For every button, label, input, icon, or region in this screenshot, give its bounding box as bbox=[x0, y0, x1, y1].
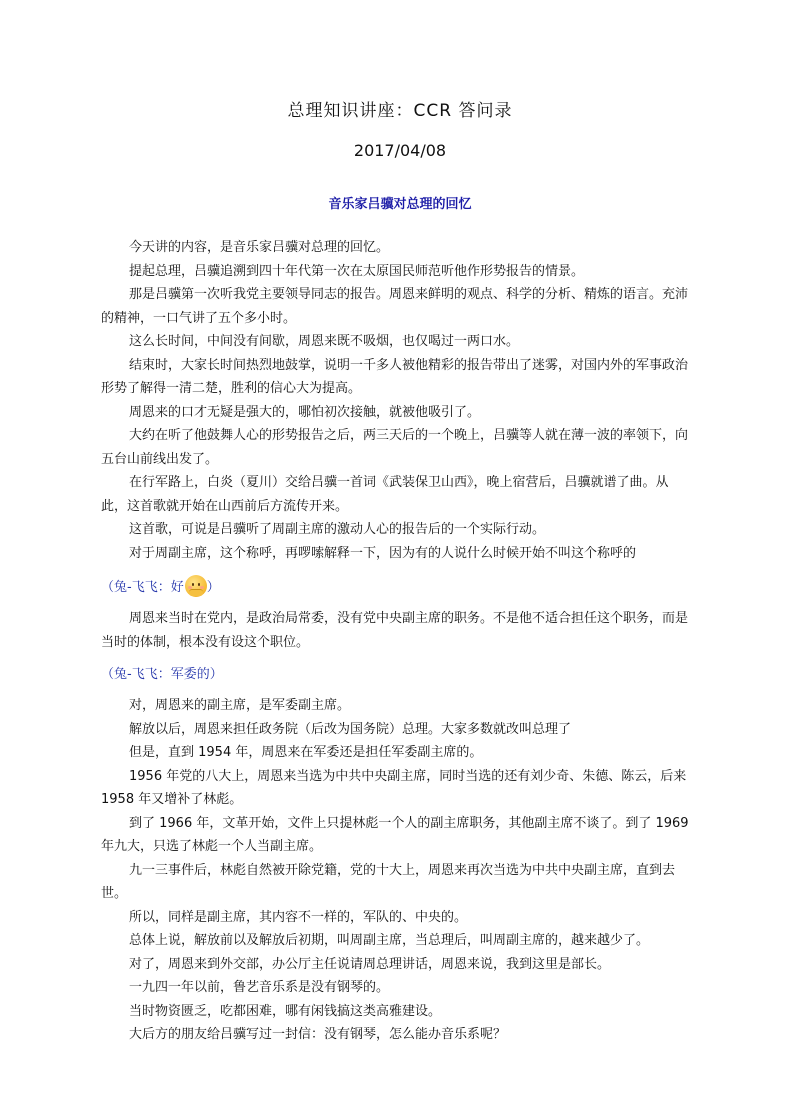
paragraph: 结束时，大家长时间热烈地鼓掌，说明一千多人被他精彩的报告带出了迷雾，对国内外的军… bbox=[101, 354, 691, 401]
chat-note-text: （兔-飞飞：好 bbox=[101, 580, 184, 595]
paragraph: 所以，同样是副主席，其内容不一样的，军队的、中央的。 bbox=[101, 906, 691, 930]
chat-note-suffix: ） bbox=[207, 580, 220, 595]
paragraph: 周恩来当时在党内，是政治局常委，没有党中央副主席的职务。不是他不适合担任这个职务… bbox=[101, 607, 691, 654]
document-page: 总理知识讲座：CCR 答问录 2017/04/08 音乐家吕骥对总理的回忆 今天… bbox=[0, 0, 800, 1100]
paragraph: 对于周副主席，这个称呼，再啰嗦解释一下，因为有的人说什么时候开始不叫这个称呼的 bbox=[101, 542, 691, 566]
paragraph: 到了 1966 年，文革开始，文件上只提林彪一个人的副主席职务，其他副主席不谈了… bbox=[101, 812, 691, 859]
paragraph: 那是吕骥第一次听我党主要领导同志的报告。周恩来鲜明的观点、科学的分析、精炼的语言… bbox=[101, 283, 691, 330]
paragraph: 大约在听了他鼓舞人心的形势报告之后，两三天后的一个晚上，吕骥等人就在薄一波的率领… bbox=[101, 424, 691, 471]
paragraph: 大后方的朋友给吕骥写过一封信：没有钢琴，怎么能办音乐系呢？ bbox=[101, 1023, 691, 1047]
document-body: 今天讲的内容，是音乐家吕骥对总理的回忆。 提起总理，吕骥追溯到四十年代第一次在太… bbox=[101, 236, 691, 1047]
paragraph: 九一三事件后，林彪自然被开除党籍，党的十大上，周恩来再次当选为中共中央副主席，直… bbox=[101, 859, 691, 906]
paragraph: 对，周恩来的副主席，是军委副主席。 bbox=[101, 694, 691, 718]
chat-note: （兔-飞飞：军委的） bbox=[101, 664, 691, 686]
paragraph: 周恩来的口才无疑是强大的，哪怕初次接触，就被他吸引了。 bbox=[101, 401, 691, 425]
chat-note: （兔-飞飞：好） bbox=[101, 575, 691, 599]
sad-face-emoji-icon bbox=[185, 575, 207, 597]
paragraph: 1956 年党的八大上，周恩来当选为中共中央副主席，同时当选的还有刘少奇、朱德、… bbox=[101, 765, 691, 812]
page-date: 2017/04/08 bbox=[0, 141, 800, 160]
page-title: 总理知识讲座：CCR 答问录 bbox=[0, 96, 800, 121]
paragraph: 对了，周恩来到外交部，办公厅主任说请周总理讲话，周恩来说，我到这里是部长。 bbox=[101, 953, 691, 977]
paragraph: 这首歌，可说是吕骥听了周副主席的激动人心的报告后的一个实际行动。 bbox=[101, 518, 691, 542]
paragraph: 解放以后，周恩来担任政务院（后改为国务院）总理。大家多数就改叫总理了 bbox=[101, 718, 691, 742]
paragraph: 在行军路上，白炎（夏川）交给吕骥一首词《武装保卫山西》，晚上宿营后，吕骥就谱了曲… bbox=[101, 471, 691, 518]
paragraph: 总体上说，解放前以及解放后初期，叫周副主席，当总理后，叫周副主席的，越来越少了。 bbox=[101, 929, 691, 953]
paragraph: 这么长时间，中间没有间歇，周恩来既不吸烟，也仅喝过一两口水。 bbox=[101, 330, 691, 354]
section-subtitle: 音乐家吕骥对总理的回忆 bbox=[0, 193, 800, 212]
paragraph: 提起总理，吕骥追溯到四十年代第一次在太原国民师范听他作形势报告的情景。 bbox=[101, 260, 691, 284]
paragraph: 但是，直到 1954 年，周恩来在军委还是担任军委副主席的。 bbox=[101, 741, 691, 765]
paragraph: 当时物资匮乏，吃都困难，哪有闲钱搞这类高雅建设。 bbox=[101, 1000, 691, 1024]
paragraph: 一九四一年以前，鲁艺音乐系是没有钢琴的。 bbox=[101, 976, 691, 1000]
paragraph: 今天讲的内容，是音乐家吕骥对总理的回忆。 bbox=[101, 236, 691, 260]
